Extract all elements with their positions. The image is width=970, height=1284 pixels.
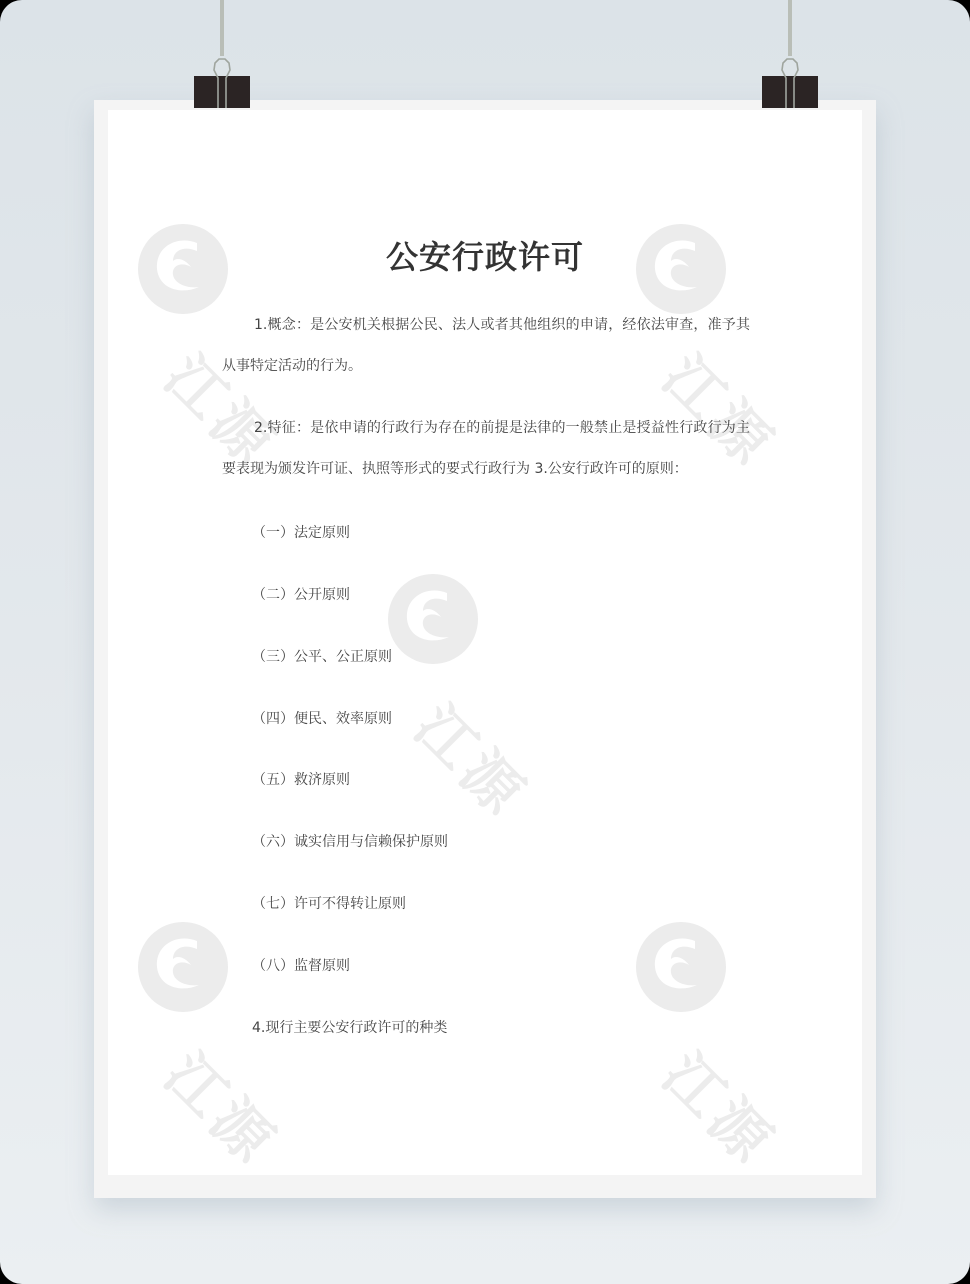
watermark-text: 江源 — [150, 1031, 300, 1175]
principle-item: （四）便民、效率原则 — [252, 708, 392, 728]
paragraph-features: 2.特征：是依申请的行政行为存在的前提是法律的一般禁止是授益性行政行为主要表现为… — [222, 408, 750, 490]
principle-item: （一）法定原则 — [252, 522, 350, 542]
principle-item: （八）监督原则 — [252, 955, 350, 975]
section-4-heading: 4.现行主要公安行政许可的种类 — [252, 1017, 447, 1037]
watermark-text: 江源 — [648, 1031, 798, 1175]
principle-item: （七）许可不得转让原则 — [252, 893, 406, 913]
principle-item: （五）救济原则 — [252, 769, 350, 789]
hanging-string-right — [788, 0, 792, 56]
clip-wire-icon — [778, 50, 802, 108]
principle-item: （六）诚实信用与信赖保护原则 — [252, 831, 448, 851]
e-circle-logo-icon — [387, 573, 627, 813]
hanging-string-left — [220, 0, 224, 56]
principle-item: （三）公平、公正原则 — [252, 646, 392, 666]
principle-item: （二）公开原则 — [252, 584, 350, 604]
background-stage: 江源 江源 江源 江源 — [0, 0, 970, 1284]
watermark: 江源 — [635, 921, 862, 1161]
paragraph-concept: 1.概念：是公安机关根据公民、法人或者其他组织的申请，经依法审查，准予其从事特定… — [222, 305, 750, 387]
document-paper: 江源 江源 江源 江源 — [108, 110, 862, 1175]
watermark-text: 江源 — [400, 683, 550, 833]
document-title: 公安行政许可 — [108, 232, 862, 278]
watermark: 江源 — [387, 573, 627, 813]
e-circle-logo-icon — [635, 921, 862, 1161]
clip-wire-icon — [210, 50, 234, 108]
